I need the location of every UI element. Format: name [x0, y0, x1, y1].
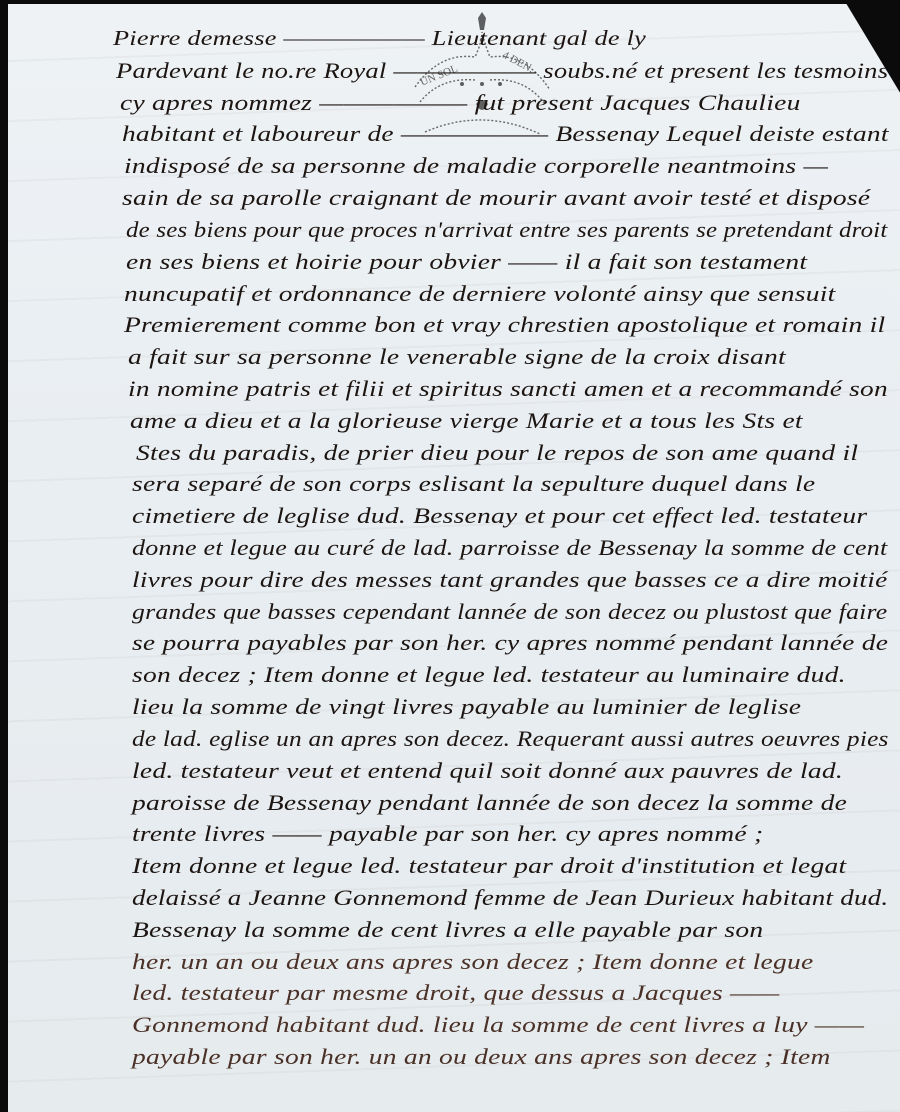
- manuscript-line: sain de sa parolle craignant de mourir a…: [122, 185, 870, 211]
- manuscript-line: lieu la somme de vingt livres payable au…: [132, 694, 801, 720]
- manuscript-line: led. testateur veut et entend quil soit …: [132, 758, 843, 784]
- manuscript-line: nuncupatif et ordonnance de derniere vol…: [124, 281, 836, 307]
- manuscript-line: Premierement comme bon et vray chrestien…: [124, 312, 885, 338]
- manuscript-line: en ses biens et hoirie pour obvier —— il…: [126, 249, 807, 275]
- manuscript-line: indisposé de sa personne de maladie corp…: [124, 153, 828, 179]
- manuscript-line: sera separé de son corps eslisant la sep…: [132, 471, 815, 497]
- manuscript-page: UN SOL 4 DEN. Pierre demesse —————— Lieu…: [8, 4, 900, 1112]
- manuscript-line: in nomine patris et filii et spiritus sa…: [128, 376, 888, 402]
- manuscript-line: Bessenay la somme de cent livres a elle …: [132, 917, 763, 943]
- manuscript-line: paroisse de Bessenay pendant lannée de s…: [132, 790, 847, 816]
- manuscript-line: trente livres —— payable par son her. cy…: [132, 821, 763, 847]
- manuscript-line: Pardevant le no.re Royal —————— soubs.né…: [116, 58, 888, 84]
- manuscript-line: de lad. eglise un an apres son decez. Re…: [132, 726, 889, 752]
- manuscript-line: de ses biens pour que proces n'arrivat e…: [126, 217, 888, 243]
- manuscript-line: led. testateur par mesme droit, que dess…: [132, 980, 779, 1006]
- manuscript-line: Gonnemond habitant dud. lieu la somme de…: [132, 1012, 864, 1038]
- manuscript-line: son decez ; Item donne et legue led. tes…: [132, 662, 846, 688]
- manuscript-line: delaissé a Jeanne Gonnemond femme de Jea…: [132, 885, 888, 911]
- manuscript-line: cy apres nommez —————— fut present Jacqu…: [120, 90, 801, 116]
- manuscript-line: se pourra payables par son her. cy apres…: [132, 630, 888, 656]
- manuscript-line: payable par son her. un an ou deux ans a…: [132, 1044, 831, 1070]
- manuscript-line: Stes du paradis, de prier dieu pour le r…: [136, 440, 858, 466]
- manuscript-line: her. un an ou deux ans apres son decez ;…: [132, 949, 813, 975]
- manuscript-line: donne et legue au curé de lad. parroisse…: [132, 535, 887, 561]
- manuscript-line: a fait sur sa personne le venerable sign…: [128, 344, 786, 370]
- manuscript-line: Item donne et legue led. testateur par d…: [132, 853, 846, 879]
- manuscript-line: grandes que basses cependant lannée de s…: [132, 599, 887, 625]
- manuscript-line: Pierre demesse —————— Lieutenant gal de …: [113, 26, 646, 51]
- manuscript-line: habitant et laboureur de —————— Bessenay…: [122, 121, 889, 147]
- manuscript-line: ame a dieu et a la glorieuse vierge Mari…: [130, 408, 803, 434]
- manuscript-line: livres pour dire des messes tant grandes…: [132, 567, 887, 593]
- manuscript-line: cimetiere de leglise dud. Bessenay et po…: [132, 503, 867, 529]
